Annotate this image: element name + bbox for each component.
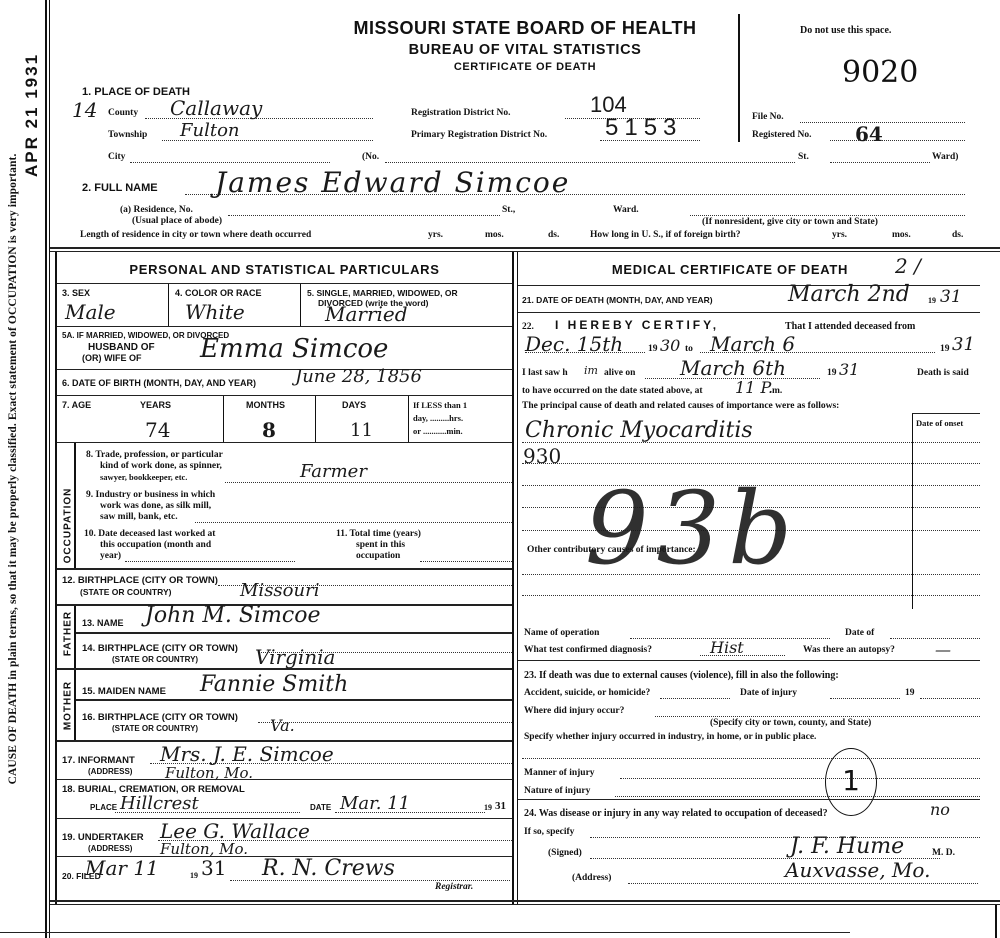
- death-year-value: 31: [940, 287, 962, 307]
- death-time-value: 11 P.: [735, 378, 773, 397]
- last-worked-label-2: this occupation (month and: [100, 540, 211, 550]
- certify-num: 22.: [522, 322, 534, 332]
- nonresident-line: [690, 215, 965, 216]
- certify-text: That I attended deceased from: [785, 321, 915, 332]
- father-birthplace-value: Virginia: [255, 645, 335, 669]
- father-birthplace-label-1: 14. BIRTHPLACE (CITY OR TOWN): [82, 643, 238, 654]
- industry-label-2: work was done, as silk mill,: [100, 501, 211, 511]
- age-days-value: 11: [350, 420, 373, 441]
- mother-birthplace-label-2: (STATE OR COUNTRY): [112, 724, 198, 733]
- received-date-stamp: APR 21 1931: [18, 60, 46, 170]
- father-side-divider: [74, 606, 76, 668]
- maiden-name-label: 15. MAIDEN NAME: [82, 686, 166, 697]
- county-label: County: [108, 108, 138, 118]
- occupation-side-divider: [74, 443, 76, 568]
- burial-date-label: DATE: [310, 803, 331, 812]
- cause-label: The principal cause of death and related…: [522, 401, 839, 411]
- street-no-label: (No.: [362, 152, 379, 162]
- margin-border-inner: [49, 0, 50, 938]
- mother-side-label: MOTHER: [63, 676, 74, 736]
- to-year-prefix: 19: [940, 344, 950, 354]
- manner-line: [620, 778, 980, 779]
- last-worked-label-3: year): [100, 551, 121, 561]
- row-rule: [57, 568, 512, 570]
- birthplace-label-2: (STATE OR COUNTRY): [80, 587, 171, 597]
- header-rule: [50, 247, 1000, 249]
- bottom-rule: [50, 900, 1000, 902]
- trade-line: [225, 482, 512, 483]
- margin-mark: 14: [72, 98, 97, 122]
- mother-birthplace-line: [258, 722, 512, 723]
- row-rule: [57, 668, 512, 670]
- last-worked-line: [125, 561, 295, 562]
- circled-mark: 1: [825, 748, 877, 816]
- residence-ds: ds.: [548, 230, 559, 240]
- burial-place-value: Hillcrest: [120, 793, 199, 814]
- column-divider: [512, 252, 514, 904]
- office-use-note: Do not use this space.: [800, 25, 891, 36]
- if-so-line: [590, 837, 980, 838]
- injury-specify-label: Specify whether injury occurred in indus…: [524, 732, 816, 742]
- registrar-label: Registrar.: [435, 882, 473, 892]
- burial-place-label: PLACE: [90, 803, 117, 812]
- informant-address-label: (ADDRESS): [88, 767, 132, 776]
- test-value: Hist: [710, 638, 744, 657]
- physician-signature: J. F. Hume: [790, 834, 904, 859]
- cell-divider: [315, 396, 316, 442]
- last-saw-value: March 6th: [680, 356, 786, 380]
- injury-date-line: [830, 698, 900, 699]
- total-time-line: [420, 561, 512, 562]
- mother-birthplace-value: Va.: [270, 716, 295, 735]
- total-time-label-1: 11. Total time (years): [336, 529, 421, 539]
- undertaker-label: 19. UNDERTAKER: [62, 832, 144, 843]
- burial-date-value: Mar. 11: [340, 793, 410, 814]
- form-title: MISSOURI STATE BOARD OF HEALTH: [325, 18, 725, 39]
- stamp-text: APR 21 1931: [22, 53, 42, 177]
- row-rule: [76, 632, 512, 634]
- occurred-label: to have occurred on the date stated abov…: [522, 386, 703, 396]
- row-rule: [57, 395, 512, 396]
- birthplace-label-1: 12. BIRTHPLACE (CITY OR TOWN): [62, 575, 218, 586]
- less-than-label-1: If LESS than 1: [413, 400, 467, 410]
- last-worked-label-1: 10. Date deceased last worked at: [84, 529, 215, 539]
- physician-address-value: Auxvasse, Mo.: [785, 858, 930, 882]
- signed-label: (Signed): [548, 848, 582, 858]
- ward-line: [830, 162, 930, 163]
- attended-from-line: [525, 352, 645, 353]
- undertaker-address-label: (ADDRESS): [88, 844, 132, 853]
- injury-year-line: [920, 698, 980, 699]
- registered-no-line: [830, 140, 965, 141]
- row-rule: [518, 799, 980, 800]
- death-said-label: Death is said: [917, 368, 969, 378]
- injury-where-label: Where did injury occur?: [524, 706, 624, 716]
- abode-label: (Usual place of abode): [132, 216, 222, 226]
- nature-line: [615, 796, 980, 797]
- industry-label-3: saw mill, bank, etc.: [100, 512, 178, 522]
- father-birthplace-label-2: (STATE OR COUNTRY): [112, 655, 198, 664]
- last-saw-year-prefix: 19: [827, 368, 837, 378]
- nature-label: Nature of injury: [524, 786, 590, 796]
- death-date-label: 21. DATE OF DEATH (MONTH, DAY, AND YEAR): [522, 295, 713, 305]
- onset-label: Date of onset: [916, 418, 963, 428]
- filed-year-prefix: 19: [190, 871, 198, 880]
- dob-label: 6. DATE OF BIRTH (MONTH, DAY, AND YEAR): [62, 378, 256, 388]
- residence-ward-label: Ward.: [613, 205, 639, 215]
- row-rule: [57, 369, 512, 370]
- to-year-value: 31: [952, 334, 975, 355]
- other-cause-line-2: [522, 595, 980, 596]
- row-rule: [518, 660, 980, 661]
- cause-value: Chronic Myocarditis: [525, 418, 753, 443]
- to-label: to: [685, 344, 693, 354]
- foreign-birth-label: How long in U. S., if of foreign birth?: [590, 230, 741, 240]
- race-value: White: [185, 300, 245, 324]
- primary-reg-value: 5153: [605, 114, 682, 142]
- onset-header-rule: [912, 413, 980, 414]
- row-rule: [57, 326, 512, 327]
- race-label: 4. COLOR OR RACE: [175, 288, 262, 298]
- form-subtitle: CERTIFICATE OF DEATH: [325, 61, 725, 73]
- trade-label-2: kind of work done, as spinner,: [100, 461, 222, 471]
- death-year-prefix: 19: [928, 296, 936, 305]
- alive-on-label: alive on: [604, 368, 635, 378]
- registrar-line: [230, 880, 510, 881]
- informant-label: 17. INFORMANT: [62, 755, 135, 766]
- nonresident-note: (If nonresident, give city or town and S…: [702, 217, 878, 227]
- operation-date-line: [890, 638, 980, 639]
- certificate-number: 9020: [842, 55, 918, 90]
- city-line: [130, 162, 330, 163]
- spouse-value: Emma Simcoe: [200, 334, 388, 364]
- row-rule: [518, 285, 980, 286]
- residence-yrs: yrs.: [428, 230, 443, 240]
- cause-line-1: [522, 442, 980, 443]
- operation-label: Name of operation: [524, 628, 599, 638]
- father-side-label: FATHER: [63, 606, 74, 662]
- foreign-yrs: yrs.: [832, 230, 847, 240]
- registered-no-value: 64: [855, 122, 883, 146]
- registrar-value: R. N. Crews: [262, 856, 395, 881]
- m-label: m.: [772, 386, 782, 396]
- father-name-label: 13. NAME: [82, 618, 124, 628]
- column-divider-inner: [517, 252, 518, 904]
- autopsy-value: —: [935, 640, 951, 659]
- months-label: MONTHS: [246, 400, 285, 410]
- injury-specify-line: [522, 758, 980, 759]
- sex-label: 3. SEX: [62, 288, 90, 298]
- row-rule: [57, 283, 512, 284]
- days-label: DAYS: [342, 400, 366, 410]
- full-name-label: 2. FULL NAME: [82, 182, 158, 194]
- manner-label: Manner of injury: [524, 768, 595, 778]
- residence-st-label: St.,: [502, 205, 515, 215]
- full-name-value: James Edward Simcoe: [215, 166, 570, 199]
- attended-to-line: [700, 352, 935, 353]
- autopsy-label: Was there an autopsy?: [803, 645, 895, 655]
- primary-reg-label: Primary Registration District No.: [411, 130, 547, 140]
- file-no-label: File No.: [752, 112, 784, 122]
- margin-border: [45, 0, 47, 938]
- from-year-value: 30: [660, 336, 680, 355]
- occupation-related-label: 24. Was disease or injury in any way rel…: [524, 808, 828, 819]
- cell-divider: [300, 284, 301, 326]
- burial-year-value: 31: [495, 800, 506, 812]
- classification-code-large: 93b: [585, 470, 800, 587]
- bureau-title: BUREAU OF VITAL STATISTICS: [325, 42, 725, 58]
- township-label: Township: [108, 130, 147, 140]
- injury-where-note: (Specify city or town, county, and State…: [710, 718, 871, 728]
- cell-divider: [168, 284, 169, 326]
- cell-divider: [223, 396, 224, 442]
- trade-label-3: sawyer, bookkeeper, etc.: [100, 472, 187, 482]
- filed-year-value: 31: [201, 856, 226, 880]
- total-time-label-2: spent in this: [356, 540, 405, 550]
- dob-value: June 28, 1856: [295, 366, 422, 387]
- cause-line-2: [522, 463, 980, 464]
- accident-label: Accident, suicide, or homicide?: [524, 688, 650, 698]
- less-than-label-2: day, .........hrs.: [413, 413, 463, 423]
- external-causes-label: 23. If death was due to external causes …: [524, 670, 839, 681]
- birthplace-value: Missouri: [240, 580, 319, 601]
- filed-date-value: Mar 11: [85, 856, 159, 880]
- cell-divider: [408, 396, 409, 442]
- marital-label-1: 5. SINGLE, MARRIED, WIDOWED, OR: [307, 288, 458, 298]
- last-saw-year-value: 31: [839, 360, 859, 379]
- row-rule: [518, 312, 980, 313]
- street-label: St.: [798, 152, 809, 162]
- row-rule: [76, 699, 512, 701]
- total-time-label-3: occupation: [356, 551, 400, 561]
- less-than-label-3: or ...........min.: [413, 426, 463, 436]
- industry-line: [195, 522, 512, 523]
- medical-section-title: MEDICAL CERTIFICATE OF DEATH: [520, 262, 940, 277]
- informant-name-value: Mrs. J. E. Simcoe: [160, 742, 334, 766]
- left-column-border: [55, 252, 57, 904]
- registered-no-label: Registered No.: [752, 130, 811, 140]
- burial-year-prefix: 19: [484, 803, 492, 812]
- section-mark: 2 /: [895, 254, 921, 278]
- reg-district-label: Registration District No.: [411, 108, 510, 118]
- trade-label-1: 8. Trade, profession, or particular: [86, 450, 223, 460]
- marital-value: Married: [325, 302, 408, 326]
- operation-date-label: Date of: [845, 628, 874, 638]
- years-label: YEARS: [140, 400, 171, 410]
- from-year-prefix: 19: [648, 344, 658, 354]
- maiden-name-value: Fannie Smith: [200, 672, 348, 697]
- street-line: [385, 162, 795, 163]
- residence-line: [228, 215, 500, 216]
- occupation-side-label: OCCUPATION: [63, 486, 74, 566]
- ward-label: Ward): [932, 152, 958, 162]
- last-saw-line: [645, 378, 820, 379]
- injury-date-label: Date of injury: [740, 688, 797, 698]
- right-edge: [995, 905, 997, 938]
- accident-line: [660, 698, 730, 699]
- physician-address-label: (Address): [572, 873, 611, 883]
- physician-address-line: [628, 883, 978, 884]
- sex-value: Male: [65, 300, 116, 324]
- mother-side-divider: [74, 670, 76, 740]
- last-saw-label: I last saw h: [522, 368, 568, 378]
- age-years-value: 74: [145, 418, 170, 442]
- spouse-label-3: (OR) WIFE OF: [82, 353, 142, 363]
- foreign-mos: mos.: [892, 230, 911, 240]
- father-name-value: John M. Simcoe: [145, 603, 320, 628]
- md-label: M. D.: [932, 848, 955, 858]
- mother-birthplace-label-1: 16. BIRTHPLACE (CITY OR TOWN): [82, 712, 238, 723]
- death-date-value: March 2nd: [788, 282, 910, 307]
- trade-value: Farmer: [300, 461, 367, 482]
- residence-length-label: Length of residence in city or town wher…: [80, 230, 311, 240]
- spouse-label-2: HUSBAND OF: [88, 342, 155, 353]
- personal-section-title: PERSONAL AND STATISTICAL PARTICULARS: [57, 262, 512, 277]
- township-value: Fulton: [180, 120, 240, 141]
- row-rule: [57, 779, 512, 780]
- industry-label-1: 9. Industry or business in which: [86, 490, 215, 500]
- city-label: City: [108, 152, 125, 162]
- injury-where-line: [655, 716, 980, 717]
- bottom-edge: [0, 932, 850, 933]
- county-value: Callaway: [170, 96, 262, 120]
- header-rule-2: [50, 251, 1000, 252]
- if-so-label: If so, specify: [524, 827, 574, 837]
- residence-mos: mos.: [485, 230, 504, 240]
- age-label: 7. AGE: [62, 400, 91, 410]
- margin-instruction-text: CAUSE OF DEATH in plain terms, so that i…: [7, 154, 19, 785]
- bottom-rule-2: [50, 904, 1000, 905]
- occupation-related-value: no: [930, 800, 950, 819]
- age-months-value: 8: [262, 418, 276, 442]
- header-divider: [738, 14, 740, 142]
- test-label: What test confirmed diagnosis?: [524, 645, 652, 655]
- classification-code-small: 930: [523, 444, 561, 468]
- certify-label: I HEREBY CERTIFY,: [555, 318, 719, 332]
- injury-year-prefix: 19: [905, 688, 915, 698]
- last-saw-him: im: [584, 364, 598, 377]
- foreign-ds: ds.: [952, 230, 963, 240]
- residence-label: (a) Residence, No.: [120, 205, 193, 215]
- row-rule: [57, 442, 512, 443]
